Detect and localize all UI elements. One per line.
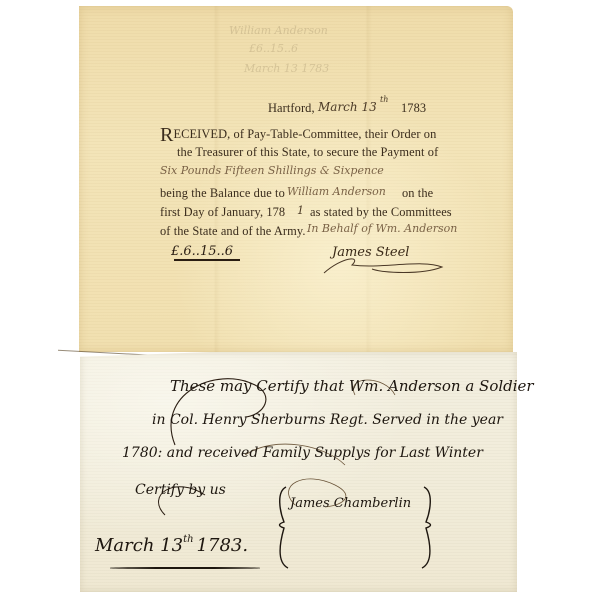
receipt-date-suffix: th bbox=[380, 95, 388, 104]
receipt-place: Hartford, bbox=[268, 101, 315, 116]
behalf-note: In Behalf of Wm. Anderson bbox=[307, 222, 457, 235]
certificate-date-year: 1783. bbox=[197, 535, 249, 556]
ghost-docket-line: March 13 1783 bbox=[244, 62, 329, 75]
receipt-year: 1783 bbox=[401, 101, 426, 116]
receipt-line-1: RECEIVED, of Pay-Table-Committee, their … bbox=[160, 125, 436, 145]
ghost-docket-line: £6..15..6 bbox=[249, 42, 298, 55]
certificate-date: March 13th1783. bbox=[95, 535, 248, 556]
receipt-line-5: of the State and of the Army. bbox=[160, 224, 306, 239]
date-underline bbox=[110, 567, 260, 569]
amount-underline bbox=[174, 259, 240, 261]
certificate-date-text: March 13 bbox=[95, 535, 183, 556]
receipt-line-3-pre: being the Balance due to bbox=[160, 186, 285, 201]
receipt-document: William Anderson £6..15..6 March 13 1783 bbox=[79, 6, 513, 352]
certificate-date-suffix: th bbox=[183, 534, 193, 545]
signature-flourish-icon bbox=[322, 255, 462, 285]
ghost-docket-line: William Anderson bbox=[229, 24, 328, 37]
signature-brace-icon bbox=[274, 482, 444, 572]
amount-figures: £.6..15..6 bbox=[171, 244, 233, 259]
certificate-line-1: These may Certify that Wm. Anderson a So… bbox=[170, 377, 534, 395]
receipt-line-2: the Treasurer of this State, to secure t… bbox=[177, 145, 438, 160]
certificate-line-2: in Col. Henry Sherburns Regt. Served in … bbox=[152, 412, 503, 428]
receipt-line-3-post: on the bbox=[402, 186, 433, 201]
receipt-line-4-pre: first Day of January, 178 bbox=[160, 205, 285, 220]
receipt-year-digit: 1 bbox=[297, 204, 304, 217]
payee-name: William Anderson bbox=[287, 185, 386, 198]
certify-by: Certify by us bbox=[135, 482, 226, 498]
certificate-line-3: 1780: and received Family Supplys for La… bbox=[122, 445, 483, 461]
receipt-text: ECEIVED, of Pay-Table-Committee, their O… bbox=[173, 127, 436, 141]
receipt-line-4-post: as stated by the Committees bbox=[310, 205, 452, 220]
drop-cap: R bbox=[160, 124, 173, 146]
amount-in-words: Six Pounds Fifteen Shillings & Sixpence bbox=[160, 164, 384, 177]
receipt-date: March 13 bbox=[318, 100, 377, 114]
